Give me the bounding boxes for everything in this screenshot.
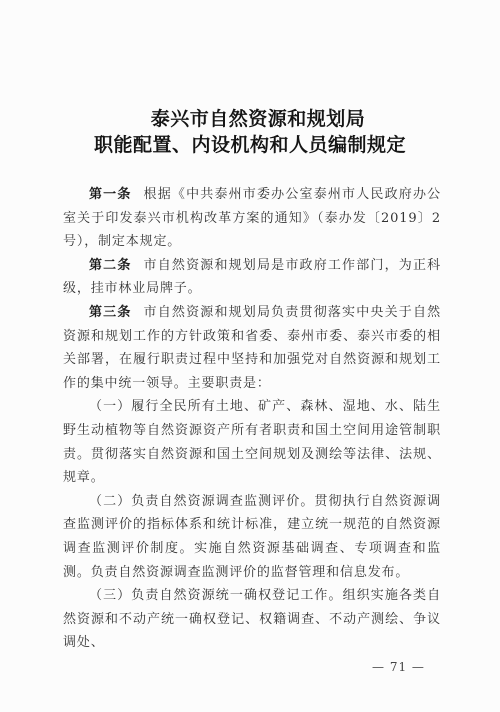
article-2: 第二条市自然资源和规划局是市政府工作部门，为正科级，挂市林业局牌子。 <box>63 254 441 301</box>
article-1-label: 第一条 <box>89 187 132 202</box>
article-2-label: 第二条 <box>89 258 132 273</box>
page-number: — 71 — <box>372 660 425 674</box>
article-1: 第一条根据《中共泰州市委办公室泰州市人民政府办公室关于印发泰兴市机构改革方案的通… <box>63 183 441 254</box>
duty-3: （三）负责自然资源统一确权登记工作。组织实施各类自然资源和不动产统一确权登记、权… <box>63 584 441 655</box>
article-3: 第三条市自然资源和规划局负责贯彻落实中央关于自然资源和规划工作的方针政策和省委、… <box>63 301 441 395</box>
document-title-line1: 泰兴市自然资源和规划局 <box>8 104 500 131</box>
article-3-label: 第三条 <box>89 305 132 320</box>
document-body: 第一条根据《中共泰州市委办公室泰州市人民政府办公室关于印发泰兴市机构改革方案的通… <box>63 183 441 655</box>
document-page: 泰兴市自然资源和规划局 职能配置、内设机构和人员编制规定 第一条根据《中共泰州市… <box>0 0 500 712</box>
duty-1: （一）履行全民所有土地、矿产、森林、湿地、水、陆生野生动植物等自然资源资产所有者… <box>63 395 441 489</box>
duty-2: （二）负责自然资源调查监测评价。贯彻执行自然资源调查监测评价的指标体系和统计标准… <box>63 490 441 584</box>
document-title-line2: 职能配置、内设机构和人员编制规定 <box>0 130 500 157</box>
